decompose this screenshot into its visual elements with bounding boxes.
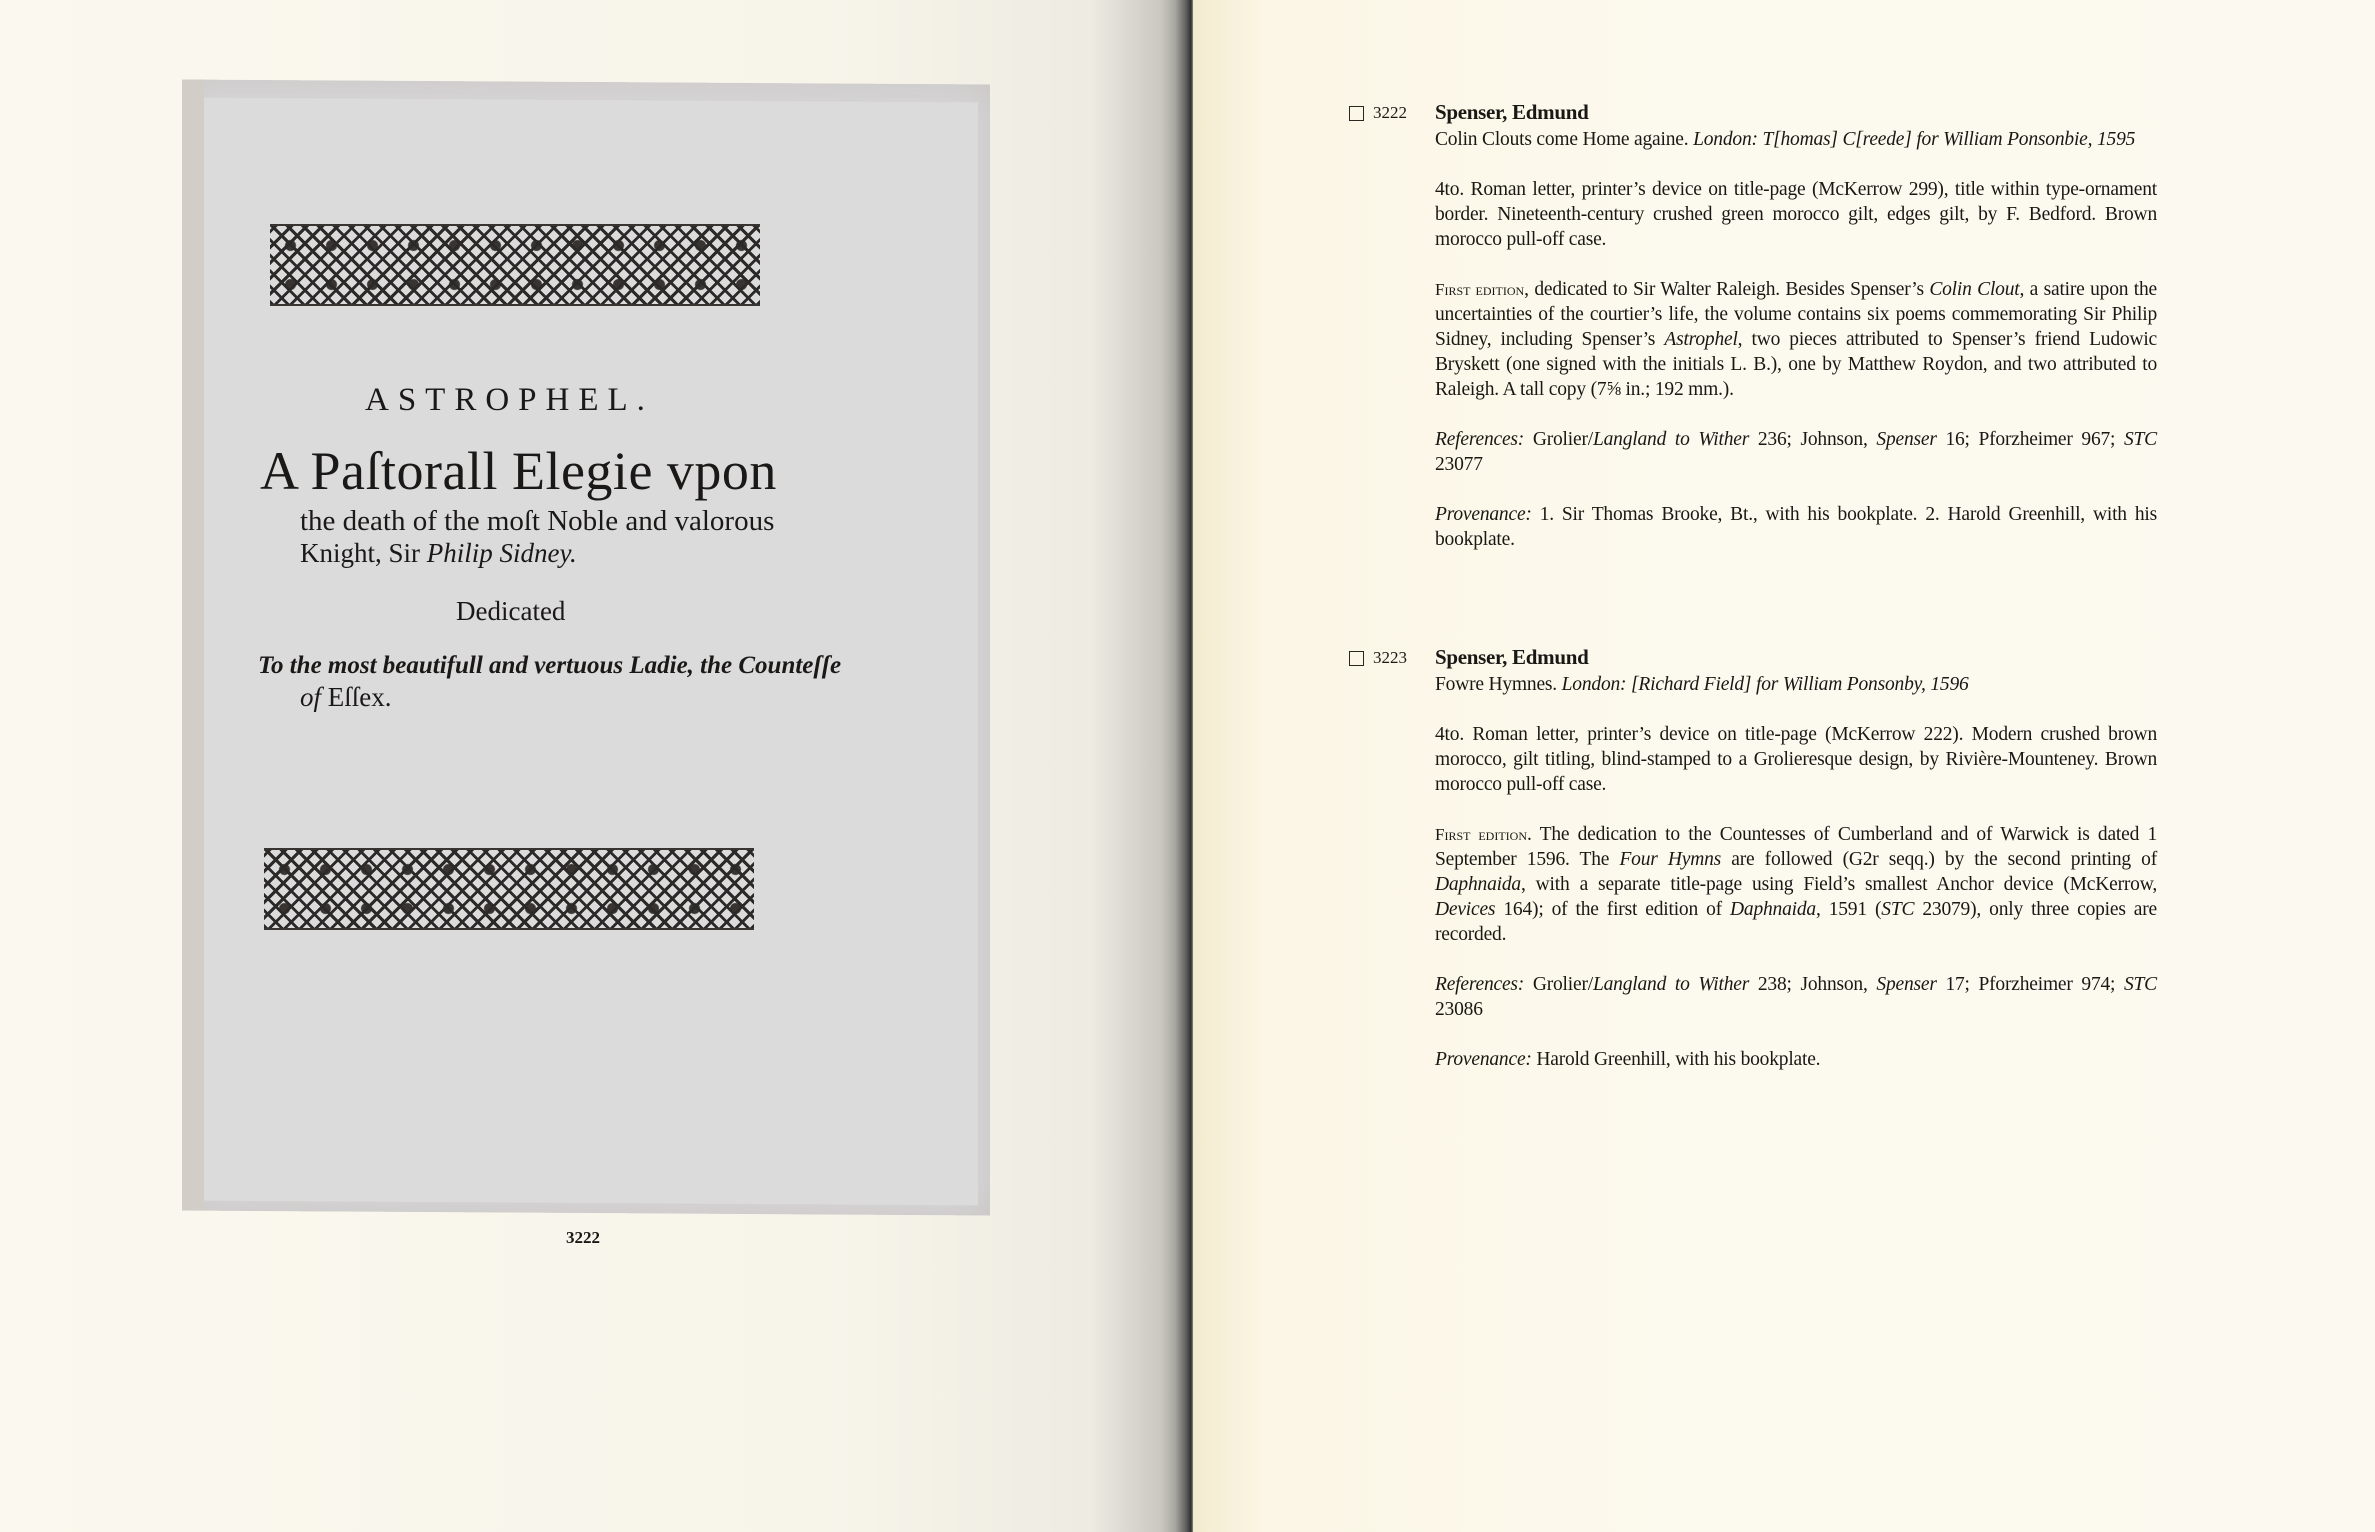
physical-description: 4to. Roman letter, printer’s device on t… xyxy=(1435,177,2157,252)
author-heading: Spenser, Edmund xyxy=(1435,100,1588,125)
plate-title: A Paſtorall Elegie vpon xyxy=(260,440,777,502)
plate-subtitle-line2: Knight, Sir Philip Sidney. xyxy=(300,538,577,569)
catalogue-entry-3223: 3223 Spenser, Edmund Fowre Hymnes. Londo… xyxy=(1343,645,2163,1072)
catalogue-entry-3222: 3222 Spenser, Edmund Colin Clouts come H… xyxy=(1343,100,2163,552)
type-ornament-border-top xyxy=(270,224,760,306)
plate-heading-astrophel: ASTROPHEL. xyxy=(365,382,654,419)
bibliographic-note: First edition, dedicated to Sir Walter R… xyxy=(1435,277,2157,402)
type-ornament-border-bottom xyxy=(264,848,754,930)
bibliographic-note: First edition. The dedication to the Cou… xyxy=(1435,822,2157,947)
lot-checkbox[interactable] xyxy=(1349,651,1364,666)
plate-subtitle-line1: the death of the moſt Noble and valorous xyxy=(300,505,774,538)
lot-number: 3223 xyxy=(1373,648,1407,668)
provenance: Provenance: Harold Greenhill, with his b… xyxy=(1435,1047,2157,1072)
provenance: Provenance: 1. Sir Thomas Brooke, Bt., w… xyxy=(1435,502,2157,552)
lot-number: 3222 xyxy=(1373,103,1407,123)
plate-dedicated: Dedicated xyxy=(456,596,565,627)
title-imprint: Colin Clouts come Home againe. London: T… xyxy=(1435,127,2157,152)
left-page: ASTROPHEL. A Paſtorall Elegie vpon the d… xyxy=(0,0,1185,1532)
book-gutter xyxy=(1175,0,1195,1532)
references: References: Grolier/Langland to Wither 2… xyxy=(1435,427,2157,477)
title-imprint: Fowre Hymnes. London: [Richard Field] fo… xyxy=(1435,672,2157,697)
plate-dedication-line2: of Eſſex. xyxy=(300,682,392,713)
references: References: Grolier/Langland to Wither 2… xyxy=(1435,972,2157,1022)
plate-dedication-line1: To the most beautifull and vertuous Ladi… xyxy=(258,652,841,680)
author-heading: Spenser, Edmund xyxy=(1435,645,1588,670)
lot-checkbox[interactable] xyxy=(1349,106,1364,121)
book-spread: ASTROPHEL. A Paſtorall Elegie vpon the d… xyxy=(0,0,2375,1532)
physical-description: 4to. Roman letter, printer’s device on t… xyxy=(1435,722,2157,797)
plate-caption: 3222 xyxy=(566,1228,600,1248)
